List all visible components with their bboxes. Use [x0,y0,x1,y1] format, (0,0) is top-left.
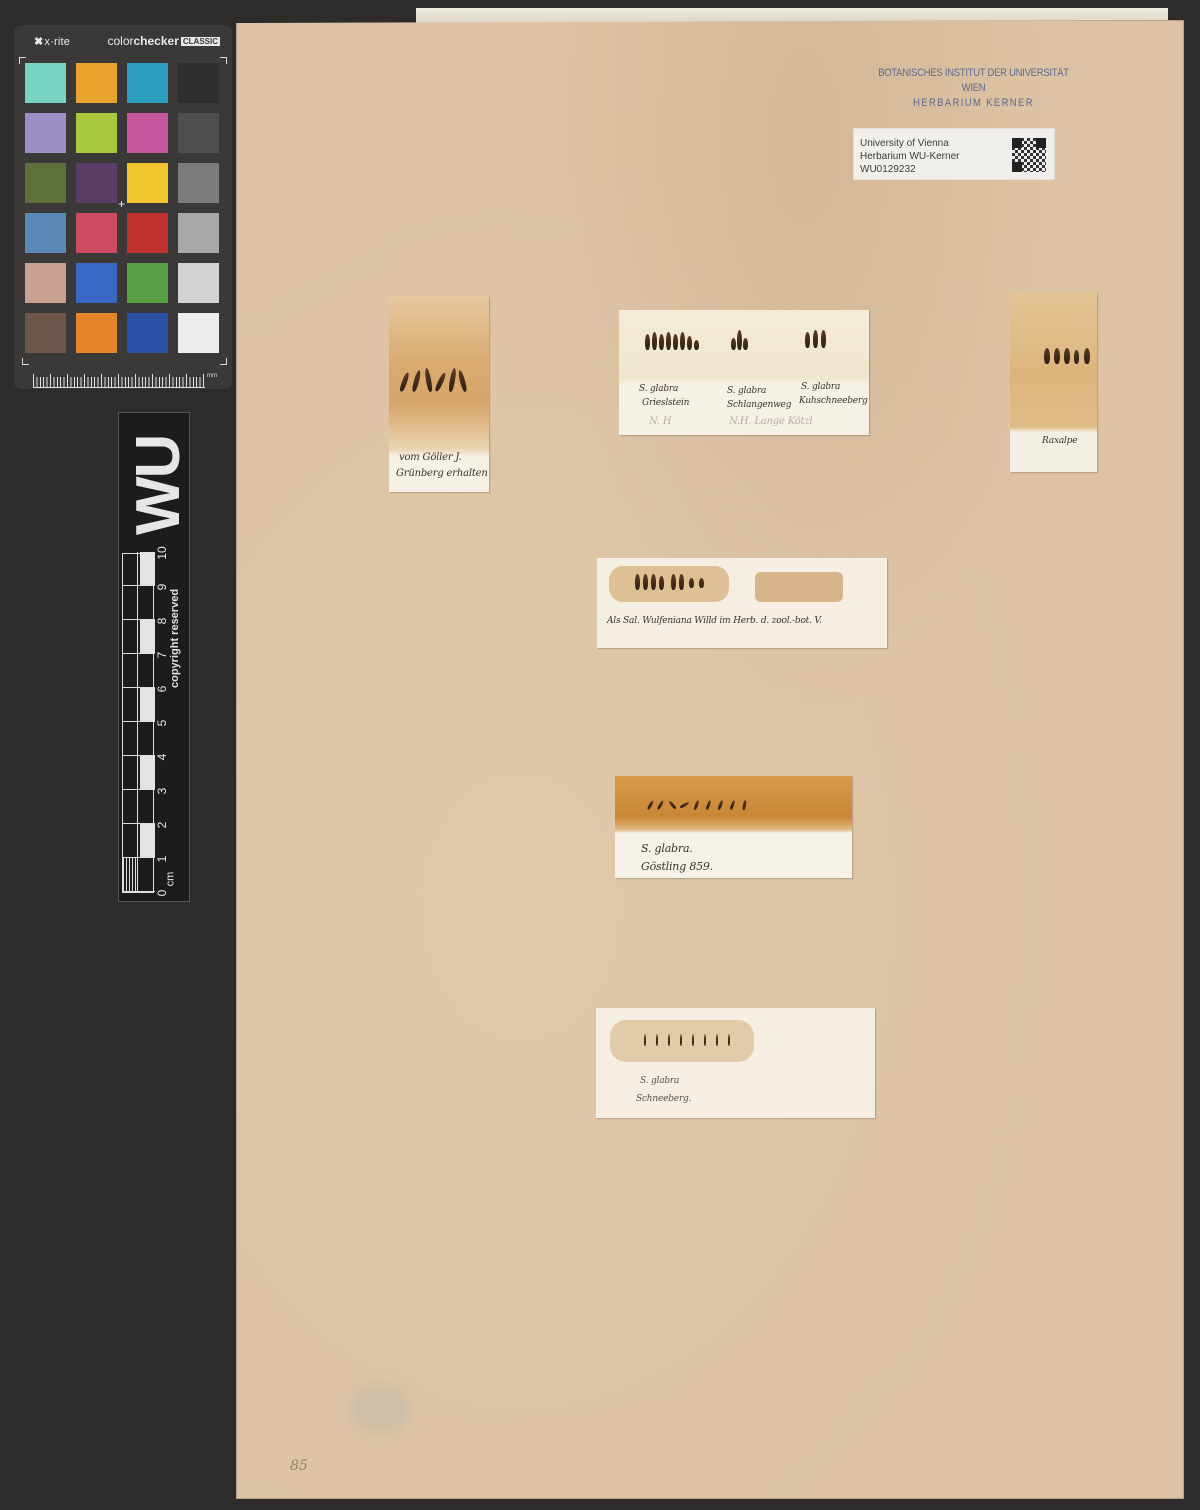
stamp-line-2: HERBARIUM KERNER [866,96,1081,111]
specimen-packet-bottom: S. glabra Schneeberg. [596,1008,875,1118]
title-light: color [107,34,133,48]
color-checker-card: ✖x·rite colorcheckerCLASSIC + mm [14,25,232,389]
color-swatch [76,313,117,353]
handwritten-species: S. glabra. [641,842,693,855]
specimen-strip [610,1020,754,1062]
color-swatch [127,263,168,303]
color-swatch [127,213,168,253]
handwritten-locality: Schlangenweg [727,400,791,410]
scale-tick-label: 5 [155,716,169,730]
herbarium-sheet [236,20,1184,1499]
color-swatch [178,313,219,353]
corner-mark-icon [220,358,227,365]
specimen-packet-left: vom Göller J. Grünberg erhalten [389,296,489,492]
handwritten-locality: Raxalpe [1042,436,1077,446]
scale-segment [123,722,155,756]
institute-stamp: BOTANISCHES INSTITUT DER UNIVERSITÄT WIE… [866,66,1081,111]
crosshair-icon: + [118,198,125,210]
scale-segment [123,790,155,824]
color-swatch [25,163,66,203]
scale-segment [123,688,155,722]
handwritten-species: S. glabra [639,384,678,394]
color-swatch [178,213,219,253]
color-swatch [127,313,168,353]
colorchecker-title: colorcheckerCLASSIC [107,34,220,48]
color-swatch [76,263,117,303]
xrite-mark-icon: ✖ [34,36,43,48]
scale-tick-label: 8 [155,614,169,628]
color-swatch [178,163,219,203]
scale-tick-label: 4 [155,750,169,764]
scale-segment [123,824,155,858]
color-swatch [76,163,117,203]
color-swatch [178,63,219,103]
stamp-line-1: BOTANISCHES INSTITUT DER UNIVERSITÄT WIE… [866,66,1081,96]
color-swatch [25,113,66,153]
scale-tick-label: 3 [155,784,169,798]
barcode-label: University of Vienna Herbarium WU-Kerner… [853,128,1055,180]
color-swatch [25,313,66,353]
color-swatch [127,63,168,103]
scale-tick-label: 10 [155,546,169,560]
paper-stain [350,1384,410,1434]
color-swatch [76,63,117,103]
handwritten-locality: Grieslstein [642,398,689,408]
handwritten-species: S. glabra [640,1076,679,1086]
handwritten-species: S. glabra [801,382,840,392]
specimen-packet-right: Raxalpe [1010,292,1097,472]
specimen-strip-2 [755,572,843,602]
specimen-strip-1 [609,566,729,602]
xrite-logo: ✖x·rite [34,35,70,48]
handwritten-species: S. glabra [727,386,766,396]
corner-mark-icon [22,358,29,365]
scale-tick-label: 0 [155,886,169,900]
specimen-packet-lower: S. glabra. Göstling 859. [615,776,852,878]
scale-segment [123,654,155,688]
handwritten-locality: Göstling 859. [641,860,713,873]
color-swatch [25,213,66,253]
color-swatch [178,263,219,303]
qr-code-icon [1012,138,1046,172]
handwritten-source: Grünberg erhalten [396,468,488,479]
handwritten-note: Als Sal. Wulfeniana Willd im Herb. d. zo… [607,616,822,626]
scale-tick-label: 9 [155,580,169,594]
scale-segment [123,552,155,586]
scale-segment [123,756,155,790]
color-swatch [76,113,117,153]
scale-segment [123,620,155,654]
cm-scale [122,553,154,893]
handwritten-locality: Kuhschneeberg [799,396,868,406]
classic-badge: CLASSIC [181,37,220,46]
scale-unit: cm [164,872,176,887]
scale-tick-label: 2 [155,818,169,832]
scale-tick-label: 7 [155,648,169,662]
pencil-annotation: N.H. Lange Kötzl [729,416,812,427]
color-swatch [178,113,219,153]
copyright-text: copyright reserved [169,548,183,688]
xrite-brand-text: x·rite [44,36,70,48]
handwritten-locality: vom Göller J. [399,452,461,463]
wu-logo: WU [129,465,189,535]
pencil-sheet-number: 85 [290,1458,308,1474]
color-swatch [25,63,66,103]
mm-ruler [33,377,205,388]
scale-segment [123,858,155,892]
color-swatch [127,113,168,153]
specimen-packet-top-center: S. glabra Grieslstein S. glabra Schlange… [619,310,869,435]
wu-scale-bar: WU 012345678910 copyright reserved cm [118,412,190,902]
pencil-annotation: N. H [649,416,671,427]
color-swatch [76,213,117,253]
title-bold: checker [134,34,179,48]
scale-segment [123,586,155,620]
color-swatch [25,263,66,303]
color-swatch [127,163,168,203]
scale-tick-label: 6 [155,682,169,696]
handwritten-locality: Schneeberg. [636,1094,691,1104]
specimen-packet-middle: Als Sal. Wulfeniana Willd im Herb. d. zo… [597,558,887,648]
ruler-unit: mm [207,373,217,379]
scale-tick-label: 1 [155,852,169,866]
